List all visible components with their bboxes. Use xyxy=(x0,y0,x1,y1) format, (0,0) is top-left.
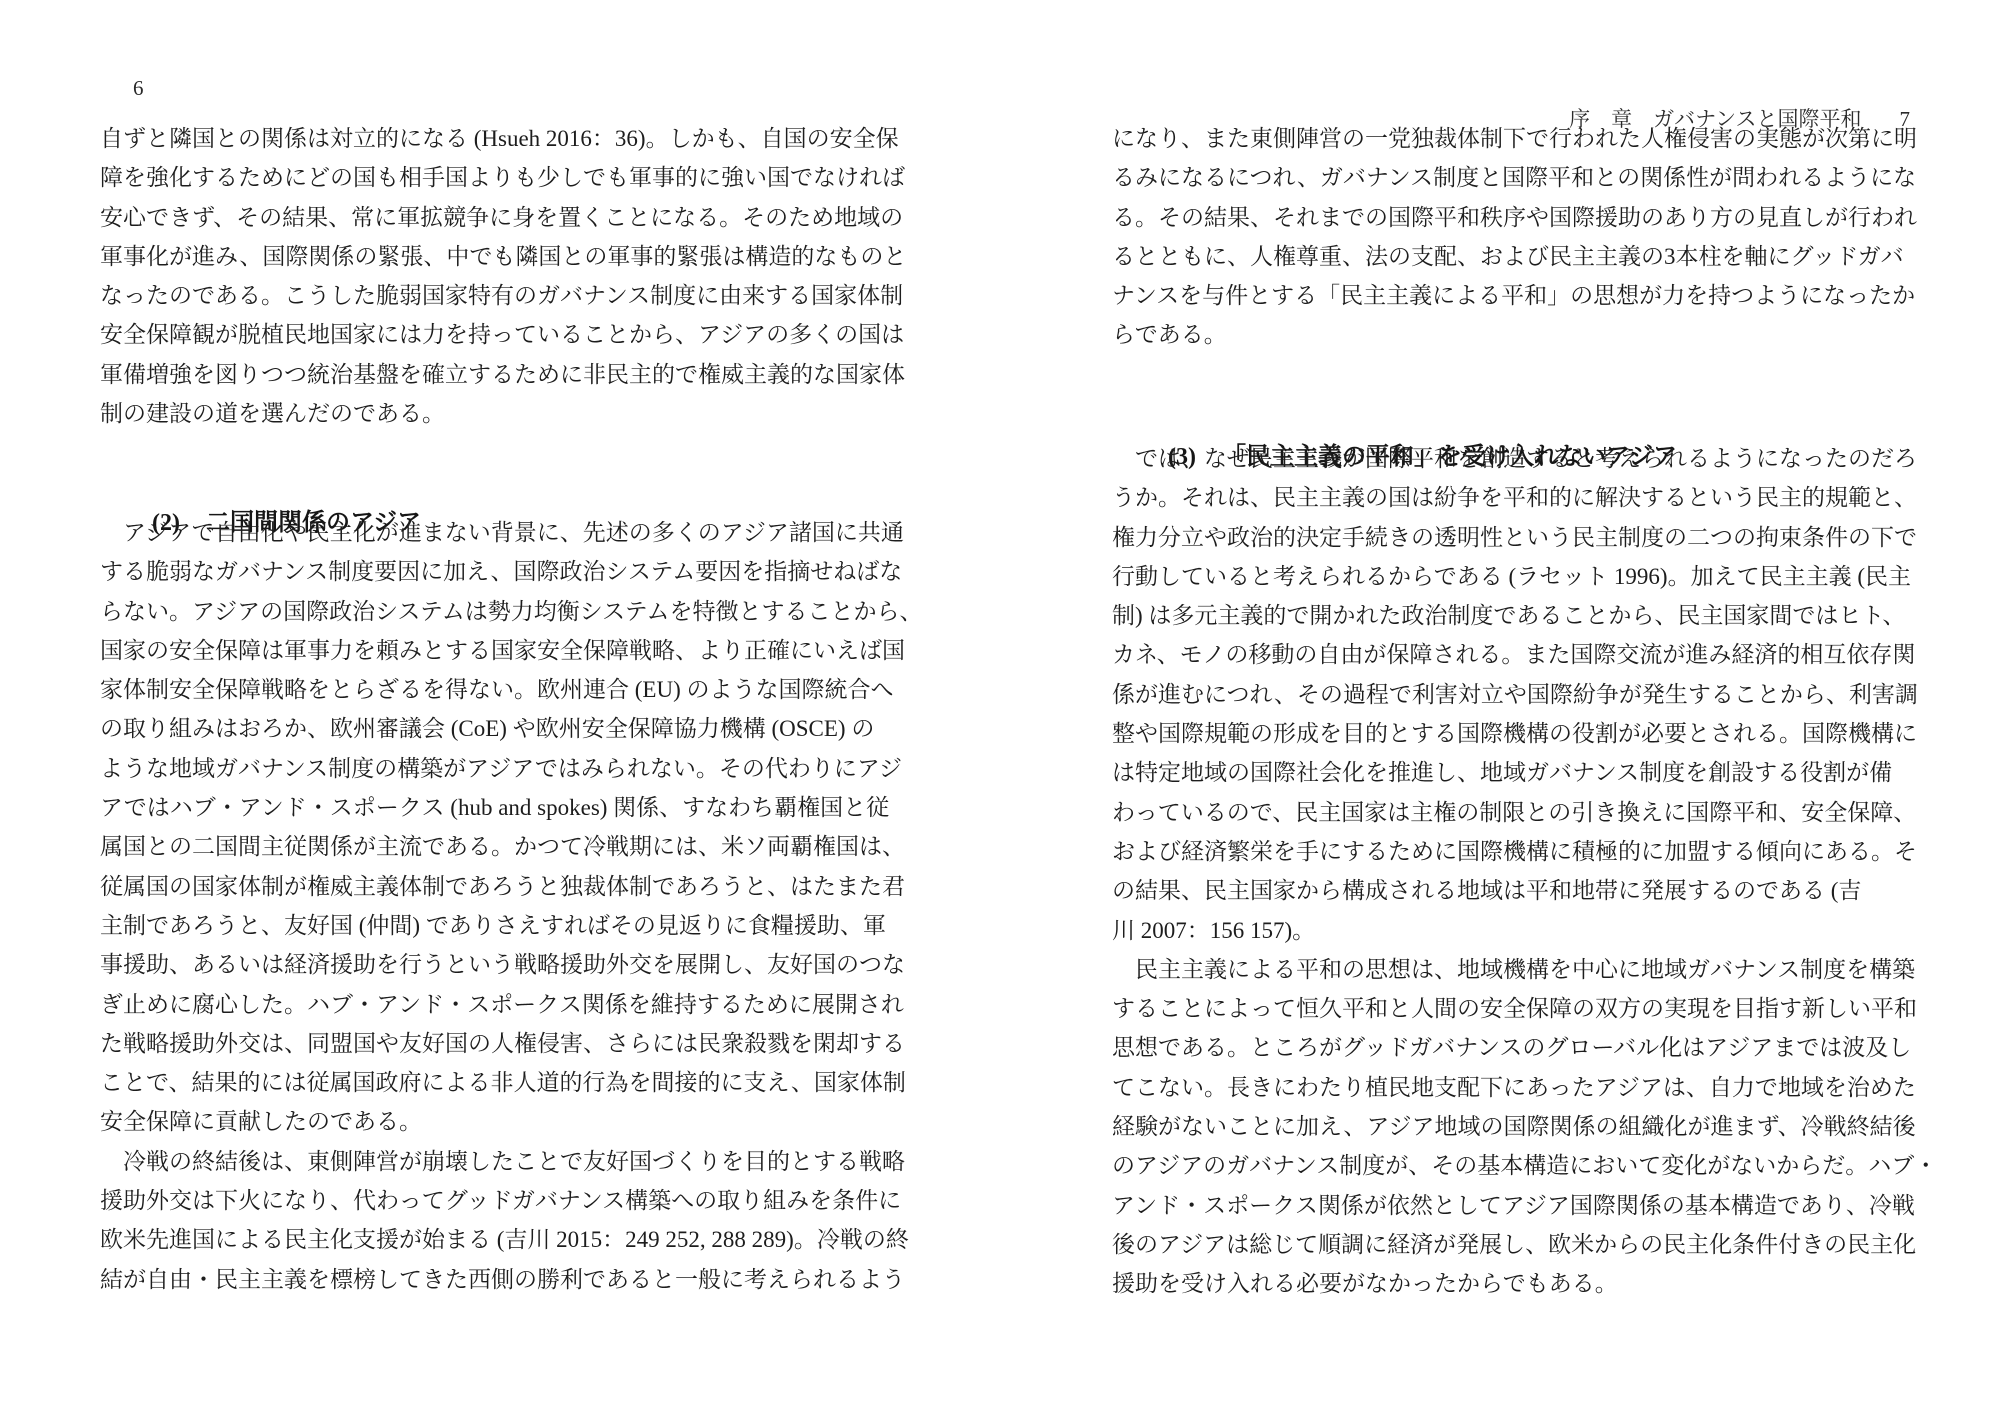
text-line: アンド・スポークス関係が依然としてアジア国際関係の基本構造であり、冷戦 xyxy=(1112,1186,1942,1225)
text-line: 国家の安全保障は軍事力を頼みとする国家安全保障戦略、より正確にいえば国 xyxy=(100,631,930,670)
text-line: 援助外交は下火になり、代わってグッドガバナンス構築への取り組みを条件に xyxy=(100,1181,930,1220)
left-paragraph-after-heading: アジアで自由化や民主化が進まない背景に、先述の多くのアジア諸国に共通する脆弱なガ… xyxy=(100,513,930,1299)
text-line: てこない。長きにわたり植民地支配下にあったアジアは、自力で地域を治めた xyxy=(1112,1068,1942,1107)
text-line: るみになるにつれ、ガバナンス制度と国際平和との関係性が問われるようにな xyxy=(1112,158,1942,197)
text-line: らである。 xyxy=(1112,315,1942,354)
text-line: することによって恒久平和と人間の安全保障の双方の実現を目指す新しい平和 xyxy=(1112,989,1942,1028)
text-line: 権力分立や政治的決定手続きの透明性という民主制度の二つの拘束条件の下で xyxy=(1112,518,1942,557)
text-line: カネ、モノの移動の自由が保障される。また国際交流が進み経済的相互依存関 xyxy=(1112,635,1942,674)
right-paragraph-before-heading: になり、また東側陣営の一党独裁体制下で行われた人権侵害の実態が次第に明るみになる… xyxy=(1112,119,1942,355)
text-line: 係が進むにつれ、その過程で利害対立や国際紛争が発生することから、利害調 xyxy=(1112,675,1942,714)
text-line: 安心できず、その結果、常に軍拡競争に身を置くことになる。そのため地域の xyxy=(100,198,930,237)
text-line: 軍事化が進み、国際関係の緊張、中でも隣国との軍事的緊張は構造的なものと xyxy=(100,237,930,276)
text-line: ような地域ガバナンス制度の構築がアジアではみられない。その代わりにアジ xyxy=(100,749,930,788)
text-line: の取り組みはおろか、欧州審議会 (CoE) や欧州安全保障協力機構 (OSCE)… xyxy=(100,709,930,748)
text-line: 軍備増強を図りつつ統治基盤を確立するために非民主的で権威主義的な国家体 xyxy=(100,355,930,394)
text-line: 従属国の国家体制が権威主義体制であろうと独裁体制であろうと、はたまた君 xyxy=(100,867,930,906)
right-page: 序 章 ガバナンスと国際平和7 になり、また東側陣営の一党独裁体制下で行われた人… xyxy=(1000,0,2000,1402)
text-line: るとともに、人権尊重、法の支配、および民主主義の3本柱を軸にグッドガバ xyxy=(1112,237,1942,276)
text-line: ぎ止めに腐心した。ハブ・アンド・スポークス関係を維持するために展開され xyxy=(100,985,930,1024)
text-line: 行動していると考えられるからである (ラセット 1996)。加えて民主主義 (民… xyxy=(1112,557,1942,596)
book-spread: 6 自ずと隣国との関係は対立的になる (Hsueh 2016：36)。しかも、自… xyxy=(0,0,2000,1402)
text-line: 冷戦の終結後は、東側陣営が崩壊したことで友好国づくりを目的とする戦略 xyxy=(100,1142,930,1181)
left-paragraph-before-heading: 自ずと隣国との関係は対立的になる (Hsueh 2016：36)。しかも、自国の… xyxy=(100,119,930,433)
text-line: 整や国際規範の形成を目的とする国際機構の役割が必要とされる。国際機構に xyxy=(1112,714,1942,753)
text-line: アジアで自由化や民主化が進まない背景に、先述の多くのアジア諸国に共通 xyxy=(100,513,930,552)
text-line: の結果、民主国家から構成される地域は平和地帯に発展するのである (吉 xyxy=(1112,871,1942,910)
text-line: 安全保障観が脱植民地国家には力を持っていることから、アジアの多くの国は xyxy=(100,315,930,354)
text-line: 欧米先進国による民主化支援が始まる (吉川 2015：249 252, 288 … xyxy=(100,1220,930,1259)
left-page: 6 自ずと隣国との関係は対立的になる (Hsueh 2016：36)。しかも、自… xyxy=(0,0,1000,1402)
text-line: なったのである。こうした脆弱国家特有のガバナンス制度に由来する国家体制 xyxy=(100,276,930,315)
text-line: になり、また東側陣営の一党独裁体制下で行われた人権侵害の実態が次第に明 xyxy=(1112,119,1942,158)
text-line: 援助を受け入れる必要がなかったからでもある。 xyxy=(1112,1264,1942,1303)
text-line: 事援助、あるいは経済援助を行うという戦略援助外交を展開し、友好国のつな xyxy=(100,945,930,984)
text-line: 自ずと隣国との関係は対立的になる (Hsueh 2016：36)。しかも、自国の… xyxy=(100,119,930,158)
text-line: らない。アジアの国際政治システムは勢力均衡システムを特徴とすることから、 xyxy=(100,592,930,631)
text-line: 民主主義による平和の思想は、地域機構を中心に地域ガバナンス制度を構築 xyxy=(1112,950,1942,989)
text-line: および経済繁栄を手にするために国際機構に積極的に加盟する傾向にある。そ xyxy=(1112,832,1942,871)
text-line: アではハブ・アンド・スポークス (hub and spokes) 関係、すなわち… xyxy=(100,788,930,827)
text-line: うか。それは、民主主義の国は紛争を平和的に解決するという民主的規範と、 xyxy=(1112,478,1942,517)
text-line: 後のアジアは総じて順調に経済が発展し、欧米からの民主化条件付きの民主化 xyxy=(1112,1225,1942,1264)
text-line: た戦略援助外交は、同盟国や友好国の人権侵害、さらには民衆殺戮を閑却する xyxy=(100,1024,930,1063)
text-line: 川 2007：156 157)。 xyxy=(1112,911,1942,950)
text-line: 安全保障に貢献したのである。 xyxy=(100,1102,930,1141)
text-line: 属国との二国間主従関係が主流である。かつて冷戦期には、米ソ両覇権国は、 xyxy=(100,827,930,866)
left-page-number: 6 xyxy=(133,76,144,101)
text-line: 経験がないことに加え、アジア地域の国際関係の組織化が進まず、冷戦終結後 xyxy=(1112,1107,1942,1146)
text-line: のアジアのガバナンス制度が、その基本構造において変化がないからだ。ハブ・ xyxy=(1112,1146,1942,1185)
text-line: する脆弱なガバナンス制度要因に加え、国際政治システム要因を指摘せねばな xyxy=(100,552,930,591)
text-line: 主制であろうと、友好国 (仲間) でありさえすればその見返りに食糧援助、軍 xyxy=(100,906,930,945)
text-line: 家体制安全保障戦略をとらざるを得ない。欧州連合 (EU) のような国際統合へ xyxy=(100,670,930,709)
text-line: では、なぜ民主主義が国際平和を創造すると考えられるようになったのだろ xyxy=(1112,439,1942,478)
text-line: 制の建設の道を選んだのである。 xyxy=(100,394,930,433)
text-line: は特定地域の国際社会化を推進し、地域ガバナンス制度を創設する役割が備 xyxy=(1112,753,1942,792)
text-line: 障を強化するためにどの国も相手国よりも少しでも軍事的に強い国でなければ xyxy=(100,158,930,197)
text-line: 結が自由・民主主義を標榜してきた西側の勝利であると一般に考えられるよう xyxy=(100,1260,930,1299)
text-line: る。その結果、それまでの国際平和秩序や国際援助のあり方の見直しが行われ xyxy=(1112,198,1942,237)
text-line: 制) は多元主義的で開かれた政治制度であることから、民主国家間ではヒト、 xyxy=(1112,596,1942,635)
text-line: 思想である。ところがグッドガバナンスのグローバル化はアジアまでは波及し xyxy=(1112,1028,1942,1067)
text-line: わっているので、民主国家は主権の制限との引き換えに国際平和、安全保障、 xyxy=(1112,793,1942,832)
text-line: ことで、結果的には従属国政府による非人道的行為を間接的に支え、国家体制 xyxy=(100,1063,930,1102)
text-line: ナンスを与件とする「民主主義による平和」の思想が力を持つようになったか xyxy=(1112,276,1942,315)
right-paragraph-after-heading: では、なぜ民主主義が国際平和を創造すると考えられるようになったのだろうか。それは… xyxy=(1112,439,1942,1304)
